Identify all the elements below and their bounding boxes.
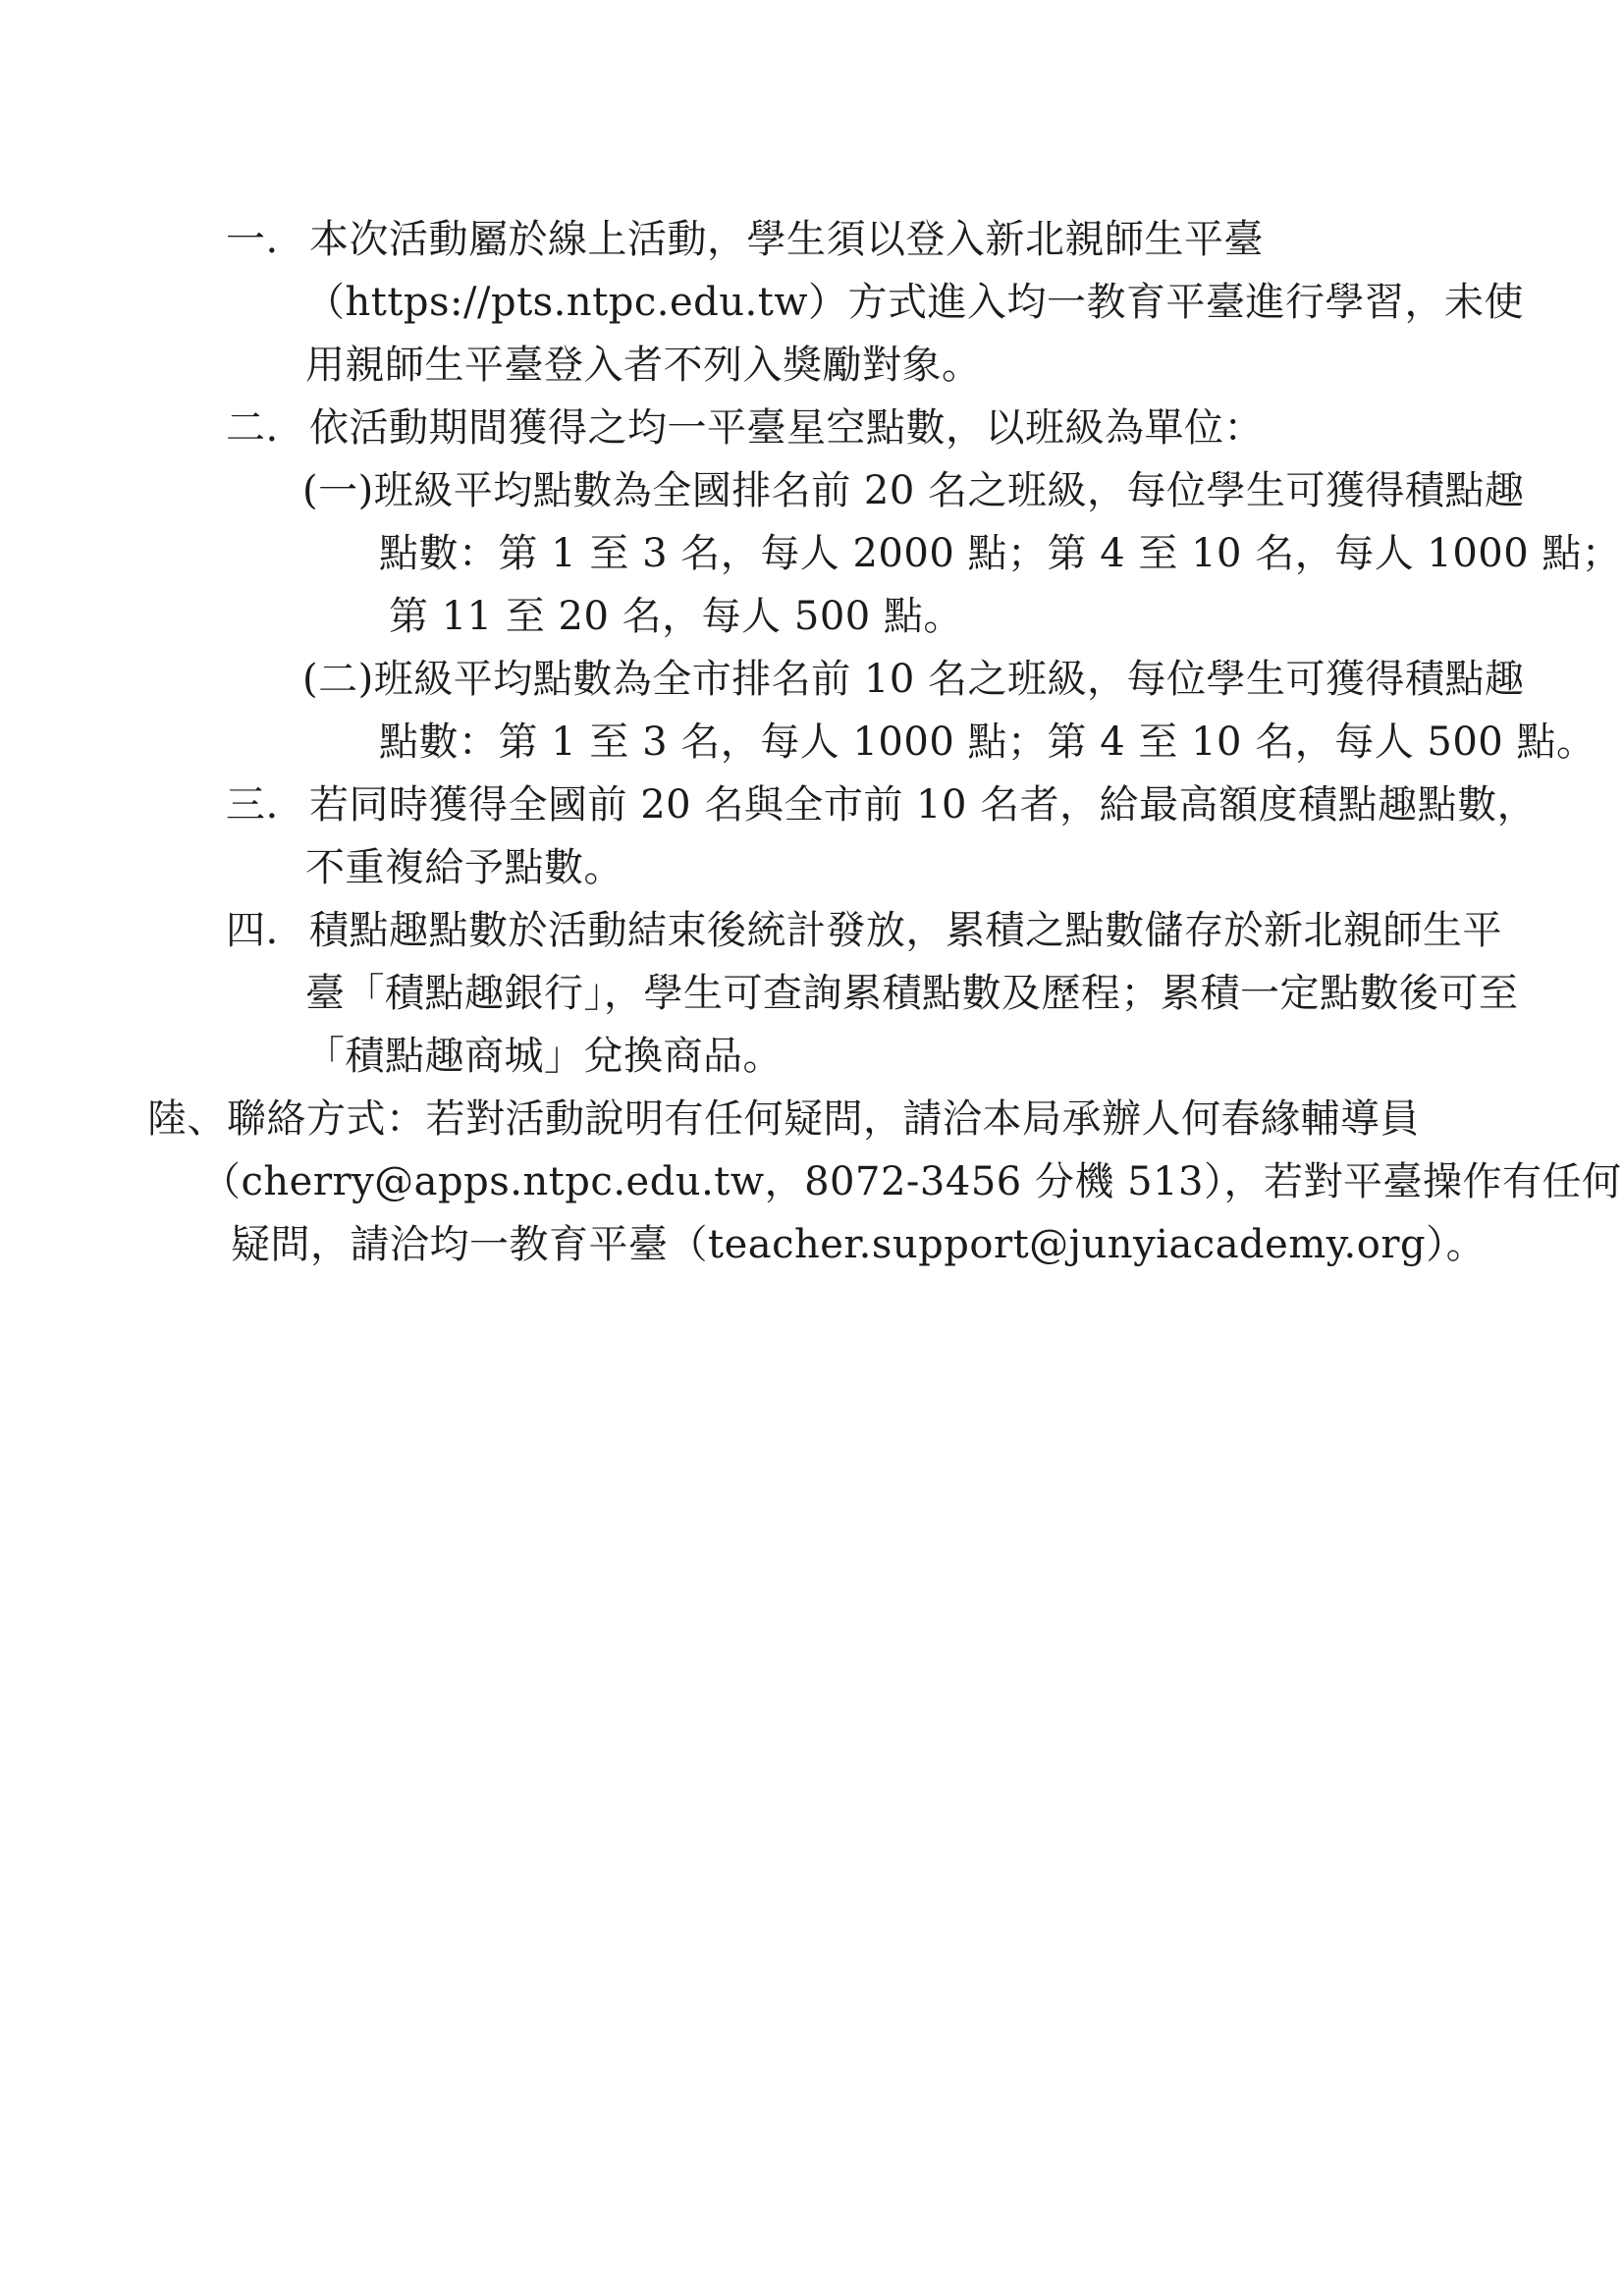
- document-page: 一.本次活動屬於線上活動，學生須以登入新北親師生平臺 （https://pts.…: [0, 0, 1623, 2296]
- doc-line-item-3: 三.若同時獲得全國前 20 名與全市前 10 名者，給最高額度積點趣點數，: [0, 774, 1623, 836]
- doc-line-text: 「積點趣商城」兌換商品。: [305, 1034, 783, 1079]
- doc-line: 點數：第 1 至 3 名，每人 2000 點；第 4 至 10 名，每人 100…: [0, 522, 1623, 585]
- doc-line-item-4: 四.積點趣點數於活動結束後統計發放，累積之點數儲存於新北親師生平: [0, 899, 1623, 962]
- doc-line-text: （https://pts.ntpc.edu.tw）方式進入均一教育平臺進行學習，…: [305, 280, 1524, 325]
- doc-line: 不重複給予點數。: [0, 836, 1623, 899]
- doc-line-text: 點數：第 1 至 3 名，每人 2000 點；第 4 至 10 名，每人 100…: [379, 531, 1621, 576]
- doc-line-text: (二)班級平均點數為全市排名前 10 名之班級，每位學生可獲得積點趣: [302, 657, 1525, 702]
- doc-line: （cherry@apps.ntpc.edu.tw，8072-3456 分機 51…: [0, 1150, 1623, 1213]
- doc-line-text: （cherry@apps.ntpc.edu.tw，8072-3456 分機 51…: [201, 1159, 1622, 1204]
- doc-line-text: 陸、聯絡方式：若對活動說明有任何疑問，請洽本局承辦人何春緣輔導員: [147, 1096, 1420, 1142]
- list-number: 三.: [226, 774, 309, 836]
- doc-line-subitem-1: (一)班級平均點數為全國排名前 20 名之班級，每位學生可獲得積點趣: [0, 459, 1623, 522]
- doc-line-text: 積點趣點數於活動結束後統計發放，累積之點數儲存於新北親師生平: [309, 908, 1502, 953]
- doc-line-text: 不重複給予點數。: [305, 845, 623, 890]
- doc-line: 點數：第 1 至 3 名，每人 1000 點；第 4 至 10 名，每人 500…: [0, 711, 1623, 774]
- document-text-block: 一.本次活動屬於線上活動，學生須以登入新北親師生平臺 （https://pts.…: [0, 208, 1623, 1276]
- doc-line-text: 點數：第 1 至 3 名，每人 1000 點；第 4 至 10 名，每人 500…: [379, 720, 1596, 765]
- doc-line-text: 若同時獲得全國前 20 名與全市前 10 名者，給最高額度積點趣點數，: [309, 782, 1537, 828]
- doc-line-text: 依活動期間獲得之均一平臺星空點數，以班級為單位：: [309, 405, 1264, 451]
- doc-line: 疑問，請洽均一教育平臺（teacher.support@junyiacademy…: [0, 1213, 1623, 1276]
- doc-line-text: 用親師生平臺登入者不列入獎勵對象。: [305, 343, 982, 388]
- doc-line-item-2: 二.依活動期間獲得之均一平臺星空點數，以班級為單位：: [0, 397, 1623, 459]
- doc-line-item-1: 一.本次活動屬於線上活動，學生須以登入新北親師生平臺: [0, 208, 1623, 271]
- list-number: 一.: [226, 208, 309, 271]
- list-number: 二.: [226, 397, 309, 459]
- doc-line-text: 臺「積點趣銀行」，學生可查詢累積點數及歷程；累積一定點數後可至: [305, 971, 1519, 1016]
- list-number: 四.: [226, 899, 309, 962]
- doc-line-subitem-2: (二)班級平均點數為全市排名前 10 名之班級，每位學生可獲得積點趣: [0, 648, 1623, 711]
- doc-line-section-contact: 陸、聯絡方式：若對活動說明有任何疑問，請洽本局承辦人何春緣輔導員: [0, 1088, 1623, 1150]
- doc-line-text: 第 11 至 20 名，每人 500 點。: [389, 594, 963, 639]
- doc-line: 「積點趣商城」兌換商品。: [0, 1025, 1623, 1088]
- doc-line-text: 本次活動屬於線上活動，學生須以登入新北親師生平臺: [309, 217, 1264, 262]
- doc-line: （https://pts.ntpc.edu.tw）方式進入均一教育平臺進行學習，…: [0, 271, 1623, 334]
- doc-line-text: (一)班級平均點數為全國排名前 20 名之班級，每位學生可獲得積點趣: [302, 468, 1525, 513]
- doc-line-text: 疑問，請洽均一教育平臺（teacher.support@junyiacademy…: [231, 1222, 1486, 1267]
- doc-line: 第 11 至 20 名，每人 500 點。: [0, 585, 1623, 648]
- doc-line: 臺「積點趣銀行」，學生可查詢累積點數及歷程；累積一定點數後可至: [0, 962, 1623, 1025]
- doc-line: 用親師生平臺登入者不列入獎勵對象。: [0, 334, 1623, 397]
